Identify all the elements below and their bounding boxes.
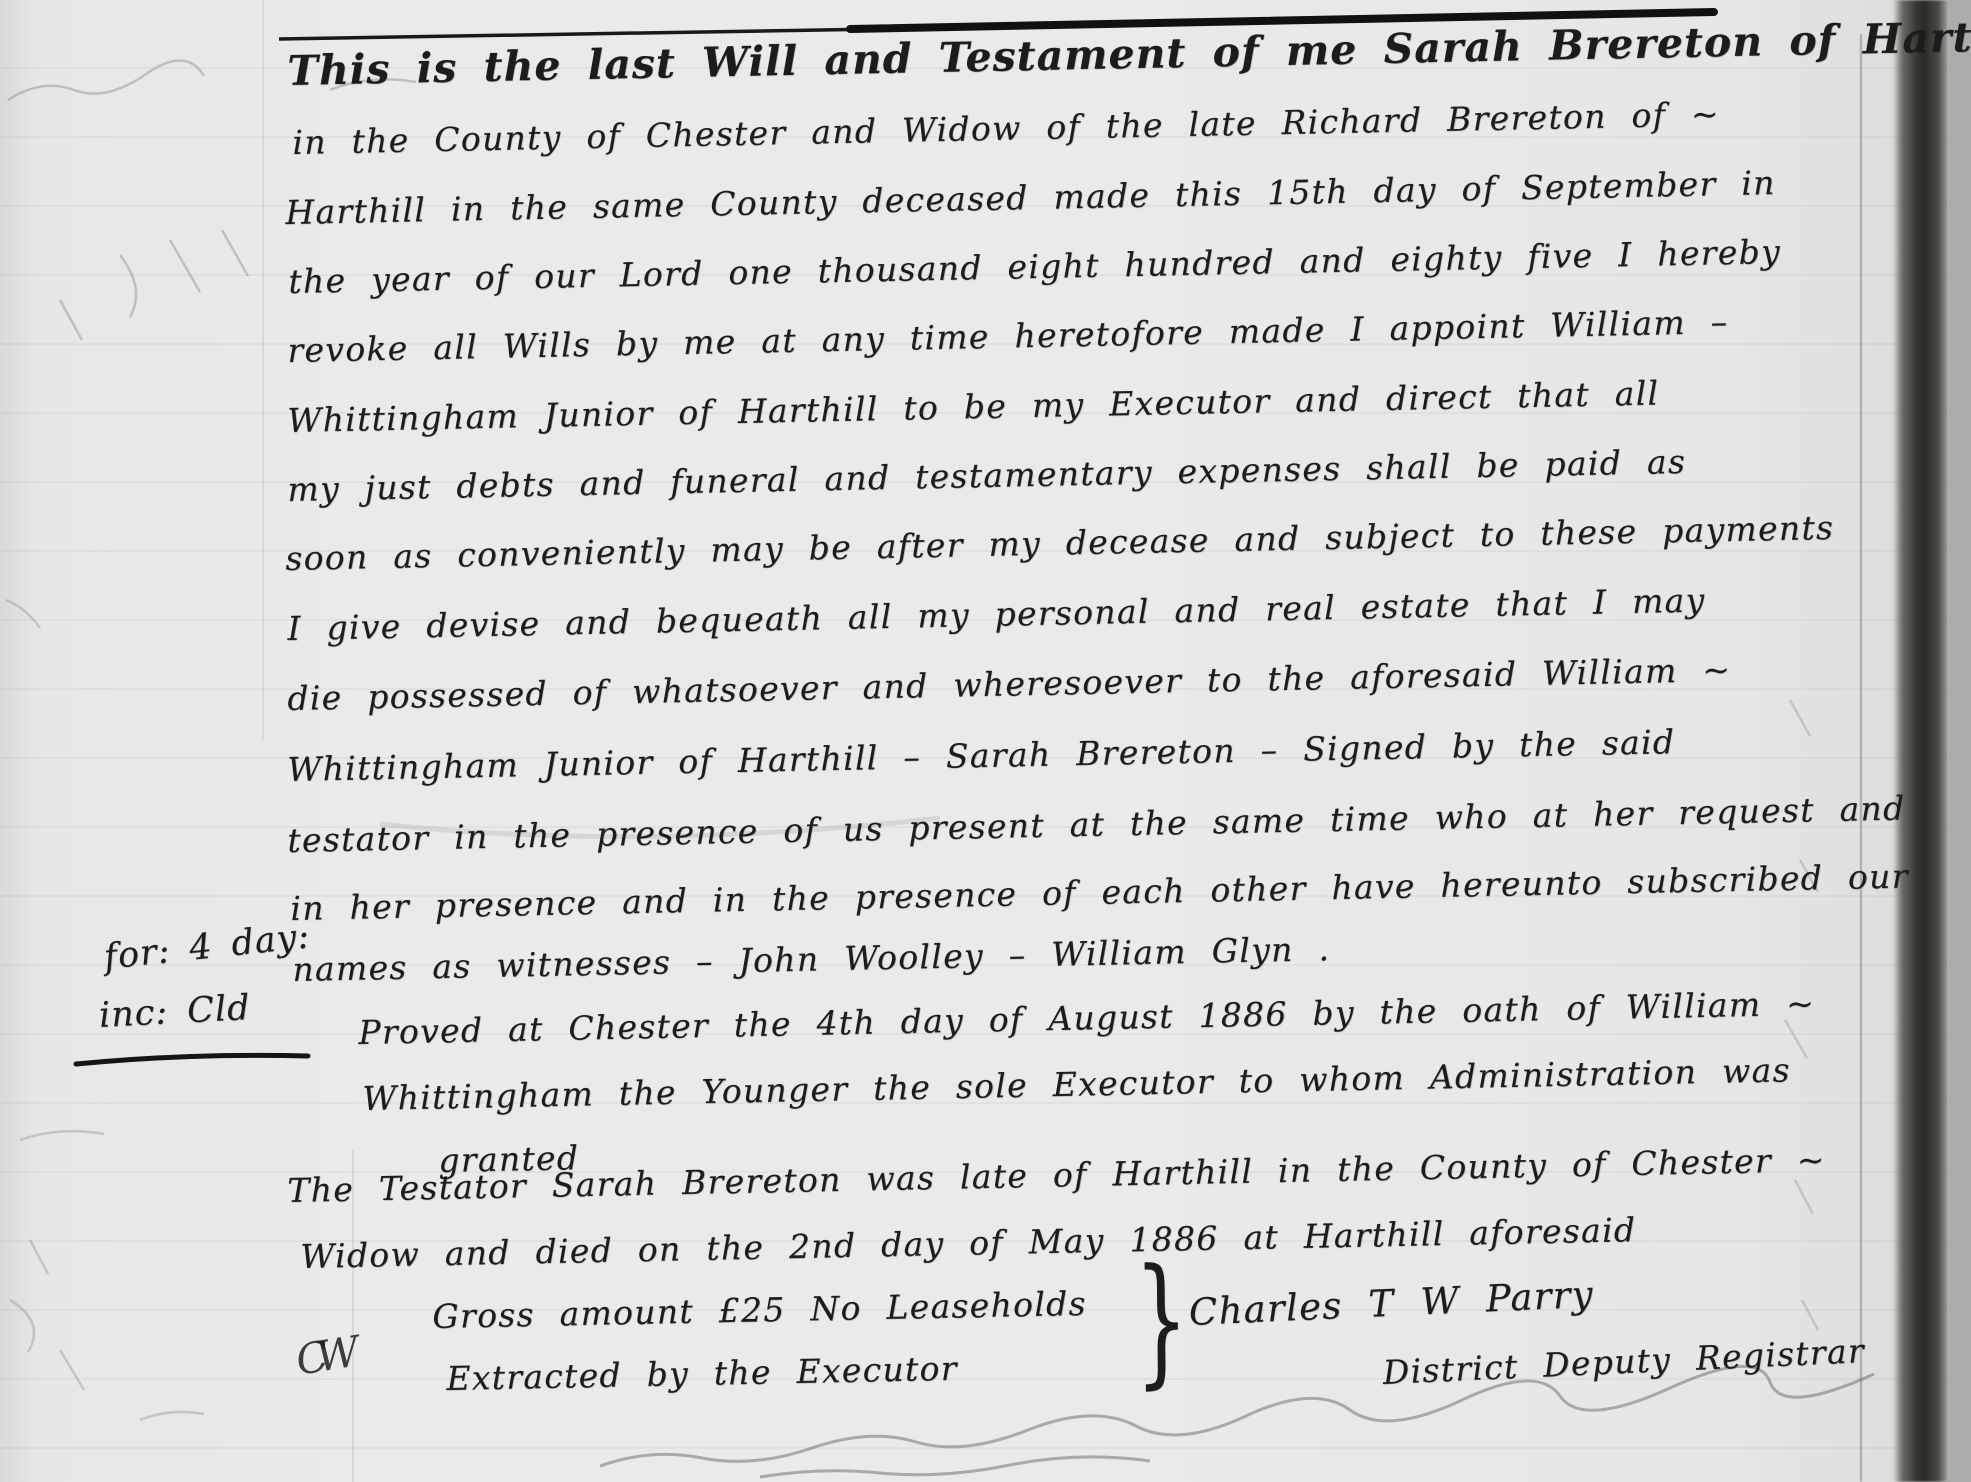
margin-fee-note-line-2: inc: Cld <box>98 988 252 1036</box>
adjacent-page-edge <box>1947 0 1971 1482</box>
probate-register-page-scan: This is the last Will and Testament of m… <box>0 0 1971 1482</box>
clerk-monogram: CW <box>292 1328 350 1384</box>
book-spine-shadow <box>1893 0 1951 1482</box>
page-edge-line <box>1860 34 1862 1482</box>
ledger-brace: } <box>1134 1250 1189 1392</box>
left-margin-line <box>262 0 264 740</box>
